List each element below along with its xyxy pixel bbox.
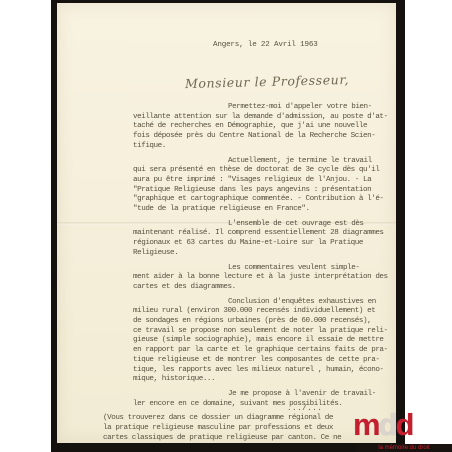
body-line: régionaux et 63 cartes du Maine-et-Loire… — [133, 239, 355, 249]
body-line: Les commentaires veulent simple- — [133, 264, 355, 274]
mdd-watermark-bar: la mémoire du droit — [356, 444, 452, 452]
mdd-letter: d — [379, 407, 396, 442]
scanned-letter-page: { "document": { "dateline": "Angers, le … — [0, 0, 452, 452]
mdd-watermark-tagline: la mémoire du droit — [378, 445, 429, 451]
body-line: tique religieuse et de montrer les compo… — [133, 356, 355, 366]
body-line: taché de recherches en Démographie, que … — [133, 122, 355, 132]
paragraph: Les commentaires veulent simple-ment aid… — [133, 264, 355, 293]
body-line: milieu rural (environ 300.000 recensés i… — [133, 307, 355, 317]
body-line: "Pratique Religieuse dans les pays angev… — [133, 186, 355, 196]
body-line: Je me propose à l'avenir de travail- — [133, 390, 355, 400]
dateline: Angers, le 22 Avril 1963 — [213, 41, 318, 49]
body-line: cartes et des diagrammes. — [133, 283, 355, 293]
body-line: en rapport par la carte et le graphique … — [133, 346, 355, 356]
body-line: (Vous trouverez dans ce dossier un diagr… — [103, 414, 355, 424]
body-line: tique, les rapports avec les milieux nat… — [133, 366, 355, 376]
body-line: veillante attention sur la demande d'adm… — [133, 113, 355, 123]
body-line: Actuellement, je termine le travail — [133, 157, 355, 167]
continuation-mark: .../... — [287, 405, 322, 413]
body-line: L'ensemble de cet ouvrage est dès — [133, 220, 355, 230]
body-line: mique, historique... — [133, 375, 355, 385]
paragraph: (Vous trouverez dans ce dossier un diagr… — [103, 414, 355, 443]
body-line: Religieuse. — [133, 249, 355, 259]
letter-body: Permettez-moi d'appeler votre bien-veill… — [103, 103, 355, 449]
letter-paper: Angers, le 22 Avril 1963 Monsieur le Pro… — [57, 3, 396, 443]
body-line: de sondages en régions urbaines (près de… — [133, 317, 355, 327]
body-line: fois déposée près du Centre National de … — [133, 132, 355, 142]
mdd-letter: m — [353, 407, 379, 442]
body-line: tifique. — [133, 142, 355, 152]
body-line: la pratique religieuse masculine par pro… — [103, 424, 355, 434]
body-line: maintenant réalisé. Il comprend essentie… — [133, 229, 355, 239]
scan-black-backdrop: Angers, le 22 Avril 1963 Monsieur le Pro… — [51, 0, 405, 452]
paragraph: Actuellement, je termine le travailqui s… — [133, 157, 355, 215]
body-line: ment aider à la bonne lecture et à la ju… — [133, 273, 355, 283]
body-line: cartes classiques de pratique religieuse… — [103, 434, 355, 444]
mdd-watermark-logo: mdd — [353, 409, 412, 440]
body-line: "graphique et cartographique commentée. … — [133, 195, 355, 205]
body-line: Permettez-moi d'appeler votre bien- — [133, 103, 355, 113]
body-line: qui sera présenté en thèse de doctorat d… — [133, 166, 355, 176]
body-line: "tude de la pratique religieuse en Franc… — [133, 205, 355, 215]
paragraph: L'ensemble de cet ouvrage est dèsmainten… — [133, 220, 355, 259]
body-line: aura pu être imprimé : "Visages religieu… — [133, 176, 355, 186]
mdd-letter: d — [396, 407, 413, 442]
handwritten-salutation: Monsieur le Professeur, — [185, 72, 349, 91]
paragraph: Conclusion d'enquêtes exhaustives enmili… — [133, 298, 355, 385]
body-line: ce travail se propose non seulement de n… — [133, 327, 355, 337]
body-line: Conclusion d'enquêtes exhaustives en — [133, 298, 355, 308]
body-line: gieuse (simple sociographie), mais encor… — [133, 336, 355, 346]
paragraph: Permettez-moi d'appeler votre bien-veill… — [133, 103, 355, 152]
